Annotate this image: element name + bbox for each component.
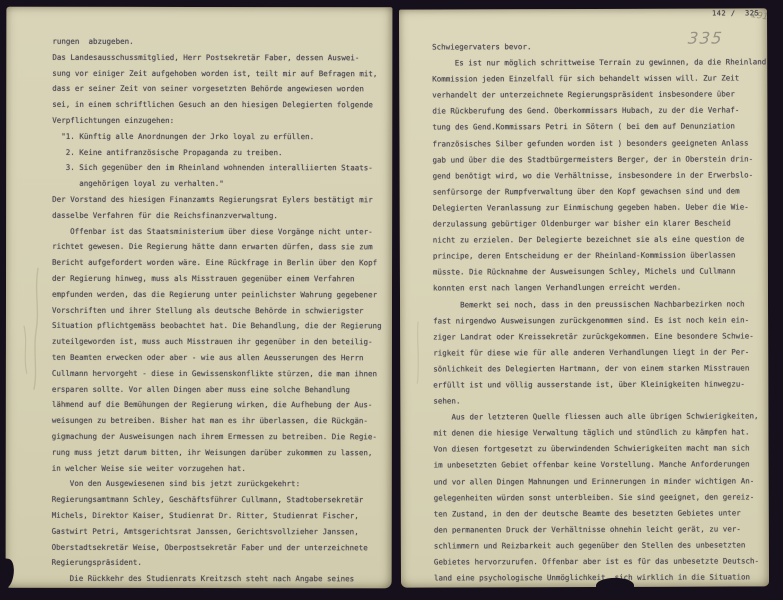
text-line: und vor allen Dingen Mahnungen und Erinn… <box>434 473 768 490</box>
page-text-right: Schwiegervaters bevor. Es ist nur möglic… <box>432 38 768 586</box>
text-line: mit denen die hiesige Verwaltung täglich… <box>433 425 767 442</box>
text-line: senfürsorge der Rumpfverwaltung über den… <box>433 183 767 200</box>
text-line: gend benötigt wird, wo die Verhältnisse,… <box>433 167 767 184</box>
text-line: Die Rückkehr des Studienrats Kreitzsch s… <box>52 571 388 587</box>
text-line: sung vor einiger Zeit aufgehoben worden … <box>52 65 388 81</box>
text-line: principe, deren Entscheidung er der Rhei… <box>433 248 767 265</box>
text-line: Regierungsamtmann Schley, Geschäftsführe… <box>52 492 388 508</box>
document-page-left: rungen abzugeben.Das Landesausschussmitg… <box>6 7 393 589</box>
paper-edge-notch <box>0 558 16 590</box>
text-line: Vorschriften und ihrer Stellung als deut… <box>52 302 388 318</box>
text-line: verhandelt der unterzeichnete Regierungs… <box>432 87 766 104</box>
text-line: Bemerkt sei noch, dass in den preussisch… <box>433 296 767 313</box>
text-line: tung des Gend.Kommissars Petri in Sötern… <box>432 119 766 136</box>
text-line: 3. Sich gegenüber den im Rheinland wohne… <box>52 160 388 176</box>
text-line: Von diesen fortgesetzt zu überwindenden … <box>434 441 768 458</box>
pencil-margin-mark <box>14 262 48 422</box>
text-line: französisches Silber gefunden worden ist… <box>432 135 766 152</box>
text-line: lähmend auf die Bemühungen der Regierung… <box>52 397 388 413</box>
text-line: sehen. <box>433 392 767 409</box>
text-line: Delegierten Veranlassung zur Einmischung… <box>433 199 767 216</box>
text-line: Cullmann hervorgeht - diese in Gewissens… <box>52 366 388 382</box>
text-line: Situation pflichtgemäss beobachtet hat. … <box>52 318 388 334</box>
text-line: konnten erst nach langen Verhandlungen e… <box>433 280 767 297</box>
text-line: müsste. Die Rücknahme der Ausweisungen S… <box>433 264 767 281</box>
text-line: Aus der letzteren Quelle fliessen auch a… <box>433 409 767 426</box>
text-line: ten Zustand, in den der deutsche Beamte … <box>434 505 768 522</box>
handwritten-annotation: 191 <box>750 10 769 23</box>
text-line: Oberstadtsekretär Weise, Oberpostsekretä… <box>52 539 388 555</box>
text-line: rungen abzugeben. <box>52 34 388 50</box>
text-line: angehörigen loyal zu verhalten." <box>52 176 388 192</box>
paper-edge-notch <box>596 578 634 593</box>
text-line: rigkeit für diese wie für alle anderen V… <box>433 344 767 361</box>
text-line: Michels, Direktor Kaiser, Studienrat Dr.… <box>52 508 388 524</box>
text-line: in welcher Weise sie weiter vorzugehen h… <box>52 460 388 476</box>
text-line: ten Beamten erwecken oder aber - wie aus… <box>52 350 388 366</box>
text-line: rung muss jetzt darum bitten, ihr Weisun… <box>52 445 388 461</box>
text-line: Bericht aufgefordert worden wäre. Eine R… <box>52 255 388 271</box>
text-line: 2. Keine antifranzösische Propaganda zu … <box>52 144 388 160</box>
text-line: Gastwirt Petri, Amtsgerichtsrat Janssen,… <box>52 523 388 539</box>
text-line: im unbesetzten Gebiet offenbar keine Vor… <box>434 457 768 474</box>
scan-background: rungen abzugeben.Das Landesausschussmitg… <box>0 0 783 600</box>
text-line: schlimmern und Reizbarkeit auch gegenübe… <box>434 537 768 554</box>
text-line: Regierungspräsident. <box>52 555 388 571</box>
text-line: Von den Ausgewiesenen sind bis jetzt zur… <box>52 476 388 492</box>
text-line: weisungen zu betreiben. Bisher hat man e… <box>52 413 388 429</box>
text-line: erfüllt ist und völlig ausserstande ist,… <box>433 376 767 393</box>
text-line: dass er seiner Zeit von seiner vorgesetz… <box>52 81 388 97</box>
text-line: Das Landesausschussmitglied, Herr Postse… <box>52 50 388 66</box>
text-line: dasselbe Verfahren für die Reichsfinanzv… <box>52 208 388 224</box>
text-line: den permanenten Druck der Verhältnisse o… <box>434 521 768 538</box>
text-line: empfunden werden, das die Regierung unte… <box>52 287 388 303</box>
text-line: gelegenheiten würden sonst unterbleiben.… <box>434 489 768 506</box>
text-line: richtet gewesen. Die Regierung hätte dan… <box>52 239 388 255</box>
text-line: fast nirgendwo Ausweisungen zurückgenomm… <box>433 312 767 329</box>
text-line: zuteilgeworden ist, muss auch Misstrauen… <box>52 334 388 350</box>
text-line: sei, in einem schriftlichen Gesuch an de… <box>52 97 388 113</box>
text-line: Der Vorstand des hiesigen Finanzamts Reg… <box>52 192 388 208</box>
text-line: "1. Künftig alle Anordnungen der Jrko lo… <box>52 129 388 145</box>
text-line: Offenbar ist das Staatsministerium über … <box>52 223 388 239</box>
text-line: gigmachung der Ausweisungen nach ihrem E… <box>52 429 388 445</box>
text-line: die Rückberufung des Gend. Oberkommissar… <box>432 103 766 120</box>
text-line: Verpflichtungen einzugehen: <box>52 113 388 129</box>
text-line: der Regierung hinweg, muss als Misstraue… <box>52 271 388 287</box>
text-line: gab und über die des Stadtbürgermeisters… <box>432 151 766 168</box>
document-page-right: 142 / 325 191 335 Schwiegervaters bevor.… <box>399 8 769 587</box>
text-line: Schwiegervaters bevor. <box>432 38 766 55</box>
text-line: ziger Landrat oder Kreissekretär zurückg… <box>433 328 767 345</box>
text-line: nicht zu erzielen. Der Delegierte bezeic… <box>433 231 767 248</box>
page-text-left: rungen abzugeben.Das Landesausschussmitg… <box>52 34 389 587</box>
text-line: sönlichkeit des Delegierten Hartmann, de… <box>433 360 767 377</box>
text-line: Kommission jeden Einzelfall für sich beh… <box>432 71 766 88</box>
text-line: Gebietes hervorzurufen. Offenbar aber is… <box>434 553 768 570</box>
text-line: Es ist nur möglich schrittweise Terrain … <box>432 54 766 71</box>
text-line: ersparen sollte. Vor allen Dingen aber m… <box>52 381 388 397</box>
pencil-margin-mark <box>412 318 424 388</box>
text-line: derzulassung gebürtiger Oldenburger war … <box>433 215 767 232</box>
